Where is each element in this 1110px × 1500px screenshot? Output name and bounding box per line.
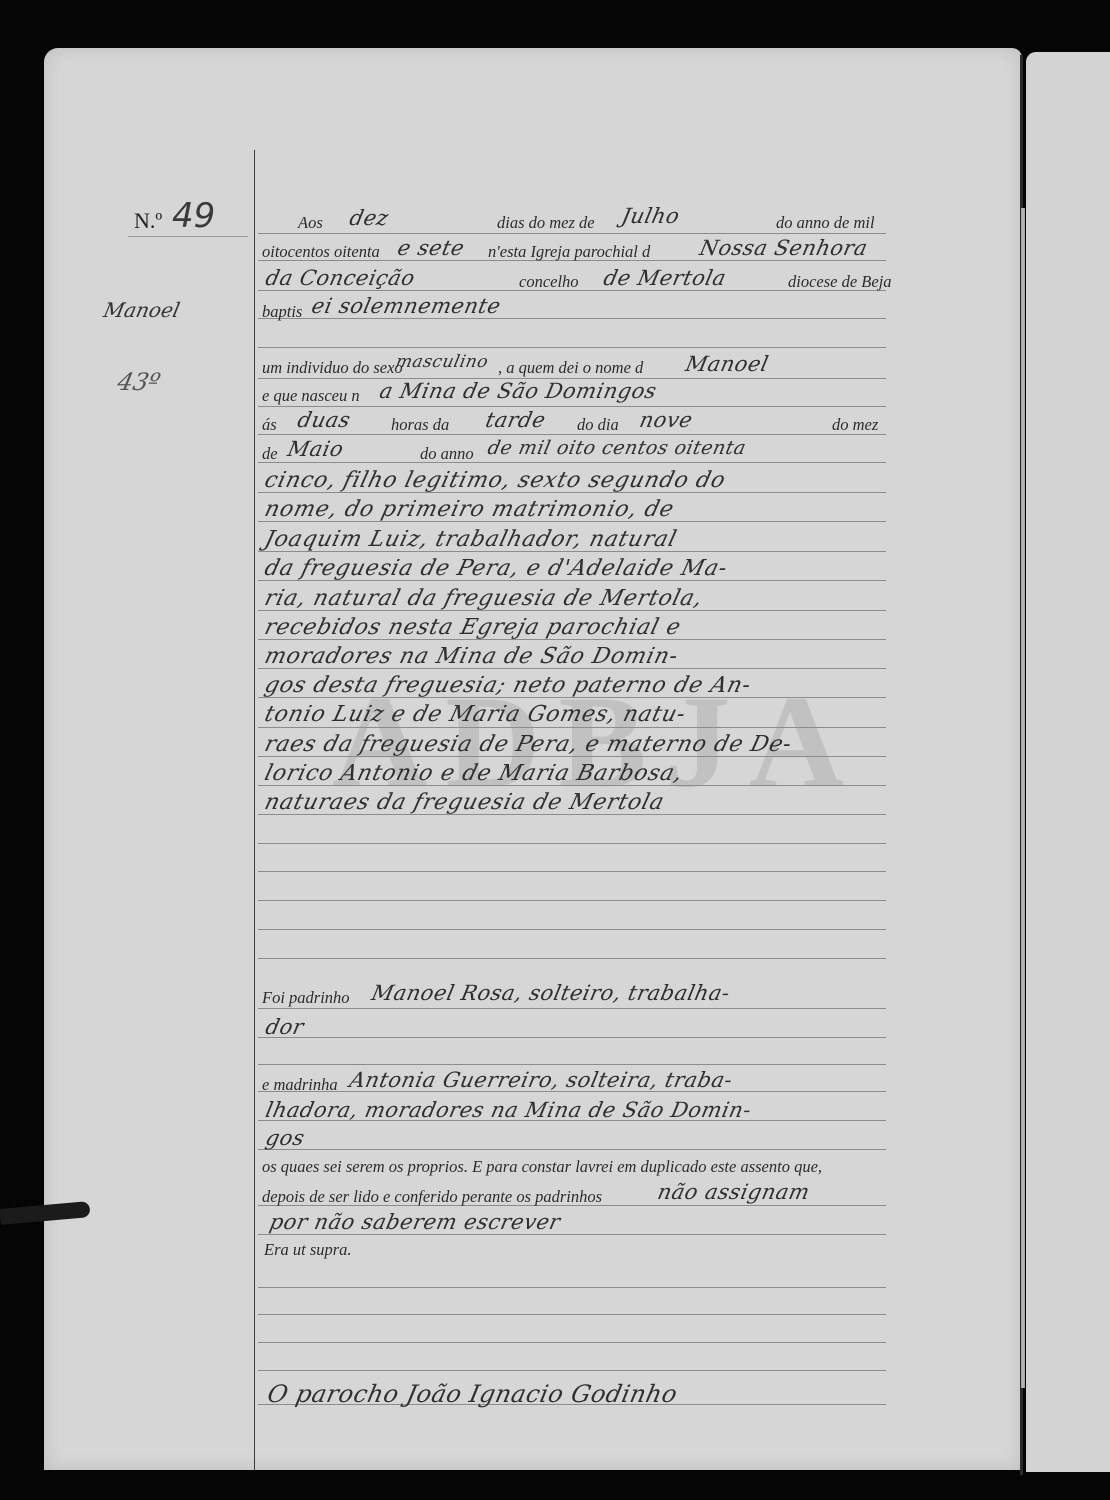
ruled-line — [258, 929, 886, 930]
ruled-line — [258, 900, 886, 901]
field-period: tarde — [483, 408, 547, 432]
ruled-line — [258, 1370, 886, 1371]
body-line: recebidos nesta Egreja parochial e — [262, 615, 684, 640]
field-godmother-3: gos — [263, 1126, 306, 1150]
margin-name: Manoel — [101, 298, 182, 322]
page-fold — [1021, 208, 1025, 1388]
field-sex: masculino — [394, 352, 490, 372]
label-do-mez: do mez — [832, 415, 878, 435]
field-concelho: de Mertola — [601, 266, 728, 290]
field-day: dez — [347, 206, 391, 230]
field-month: Julho — [619, 204, 681, 228]
priest-signature: O parocho João Ignacio Godinho — [265, 1380, 680, 1408]
field-birth-month: Maio — [285, 437, 345, 461]
margin-rule — [254, 150, 255, 1470]
label-horas-da: horas da — [391, 415, 449, 435]
label-individuo: um individuo do sexo — [262, 358, 403, 378]
field-birth-day: nove — [637, 408, 695, 432]
entry-number-label: N.º — [134, 208, 162, 234]
label-nesta-igreja: n'esta Igreja parochial d — [488, 242, 650, 262]
label-do-anno: do anno — [420, 444, 474, 464]
ruled-line — [258, 1287, 886, 1288]
field-godmother-1: Antonia Guerreiro, solteira, traba- — [347, 1068, 734, 1092]
ruled-line — [258, 233, 886, 234]
margin-note: 43º — [115, 368, 163, 396]
ruled-line — [258, 843, 886, 844]
ruled-line — [258, 727, 886, 728]
label-nasceu: e que nasceu n — [262, 386, 360, 406]
ruled-line — [258, 406, 886, 407]
field-baptism-manner: ei solemnemente — [309, 294, 503, 318]
entry-number-rule — [128, 236, 248, 237]
field-godfather-1: Manoel Rosa, solteiro, trabalha- — [369, 981, 732, 1005]
entry-number: 49 — [172, 196, 215, 236]
body-line: gos desta freguesia; neto paterno de An- — [262, 673, 754, 698]
field-parish-2: da Conceição — [263, 266, 417, 290]
body-line: raes da freguesia de Pera, e materno de … — [262, 732, 795, 757]
body-line: lorico Antonio e de Maria Barbosa, — [262, 761, 685, 786]
ruled-line — [258, 1149, 886, 1150]
label-oitocentos-oitenta: oitocentos oitenta — [262, 242, 380, 262]
field-year-suffix: e sete — [395, 236, 466, 260]
field-godfather-2: dor — [263, 1015, 306, 1039]
label-padrinho: Foi padrinho — [262, 988, 350, 1008]
label-dias-do-mez: dias do mez de — [497, 213, 595, 233]
label-do-anno-de-mil: do anno de mil — [776, 213, 875, 233]
closing-text-2: depois de ser lido e conferido perante o… — [262, 1187, 602, 1207]
label-as: ás — [262, 415, 277, 435]
label-de: de — [262, 444, 278, 464]
label-do-dia: do dia — [577, 415, 619, 435]
field-name: Manoel — [683, 352, 770, 376]
ruled-line — [258, 318, 886, 319]
ruled-line — [258, 871, 886, 872]
body-line: cinco, filho legitimo, sexto segundo do — [262, 468, 728, 493]
body-line: nome, do primeiro matrimonio, de — [262, 497, 677, 522]
ruled-line — [258, 958, 886, 959]
field-godmother-2: lhadora, moradores na Mina de São Domin- — [263, 1098, 753, 1122]
ruled-line — [258, 462, 886, 463]
body-line: tonio Luiz e de Maria Gomes, natu- — [262, 702, 688, 727]
label-diocese: diocese de Beja — [788, 272, 892, 292]
body-line: moradores na Mina de São Domin- — [262, 644, 681, 669]
era-ut-supra: Era ut supra. — [264, 1240, 352, 1260]
closing-text-1: os quaes sei serem os proprios. E para c… — [262, 1157, 822, 1177]
field-birth-year: de mil oito centos oitenta — [486, 437, 749, 459]
ruled-line — [258, 1064, 886, 1065]
body-line: ria, natural da freguesia de Mertola, — [262, 586, 705, 611]
field-birthplace: a Mina de São Domingos — [377, 379, 659, 403]
body-line: Joaquim Luiz, trabalhador, natural — [262, 527, 680, 552]
ruled-line — [258, 1008, 886, 1009]
label-aos: Aos — [298, 213, 323, 233]
field-parish-1: Nossa Senhora — [697, 236, 869, 260]
ruled-line — [258, 1037, 886, 1038]
label-a-quem: , a quem dei o nome d — [498, 358, 643, 378]
body-line: naturaes da freguesia de Mertola — [262, 790, 667, 815]
label-madrinha: e madrinha — [262, 1075, 338, 1095]
field-hour: duas — [295, 408, 352, 432]
ruled-line — [258, 1234, 886, 1235]
register-page-right-edge — [1026, 52, 1110, 1472]
ruled-line — [258, 347, 886, 348]
body-line: da freguesia de Pera, e d'Adelaide Ma- — [262, 556, 730, 581]
label-baptis: baptis — [262, 302, 302, 322]
ruled-line — [258, 1314, 886, 1315]
label-concelho: concelho — [519, 272, 579, 292]
field-signature-note-1: não assignam — [655, 1180, 812, 1204]
ruled-line — [258, 434, 886, 435]
ruled-line — [258, 1342, 886, 1343]
field-signature-note-2: por não saberem escrever — [267, 1210, 562, 1234]
